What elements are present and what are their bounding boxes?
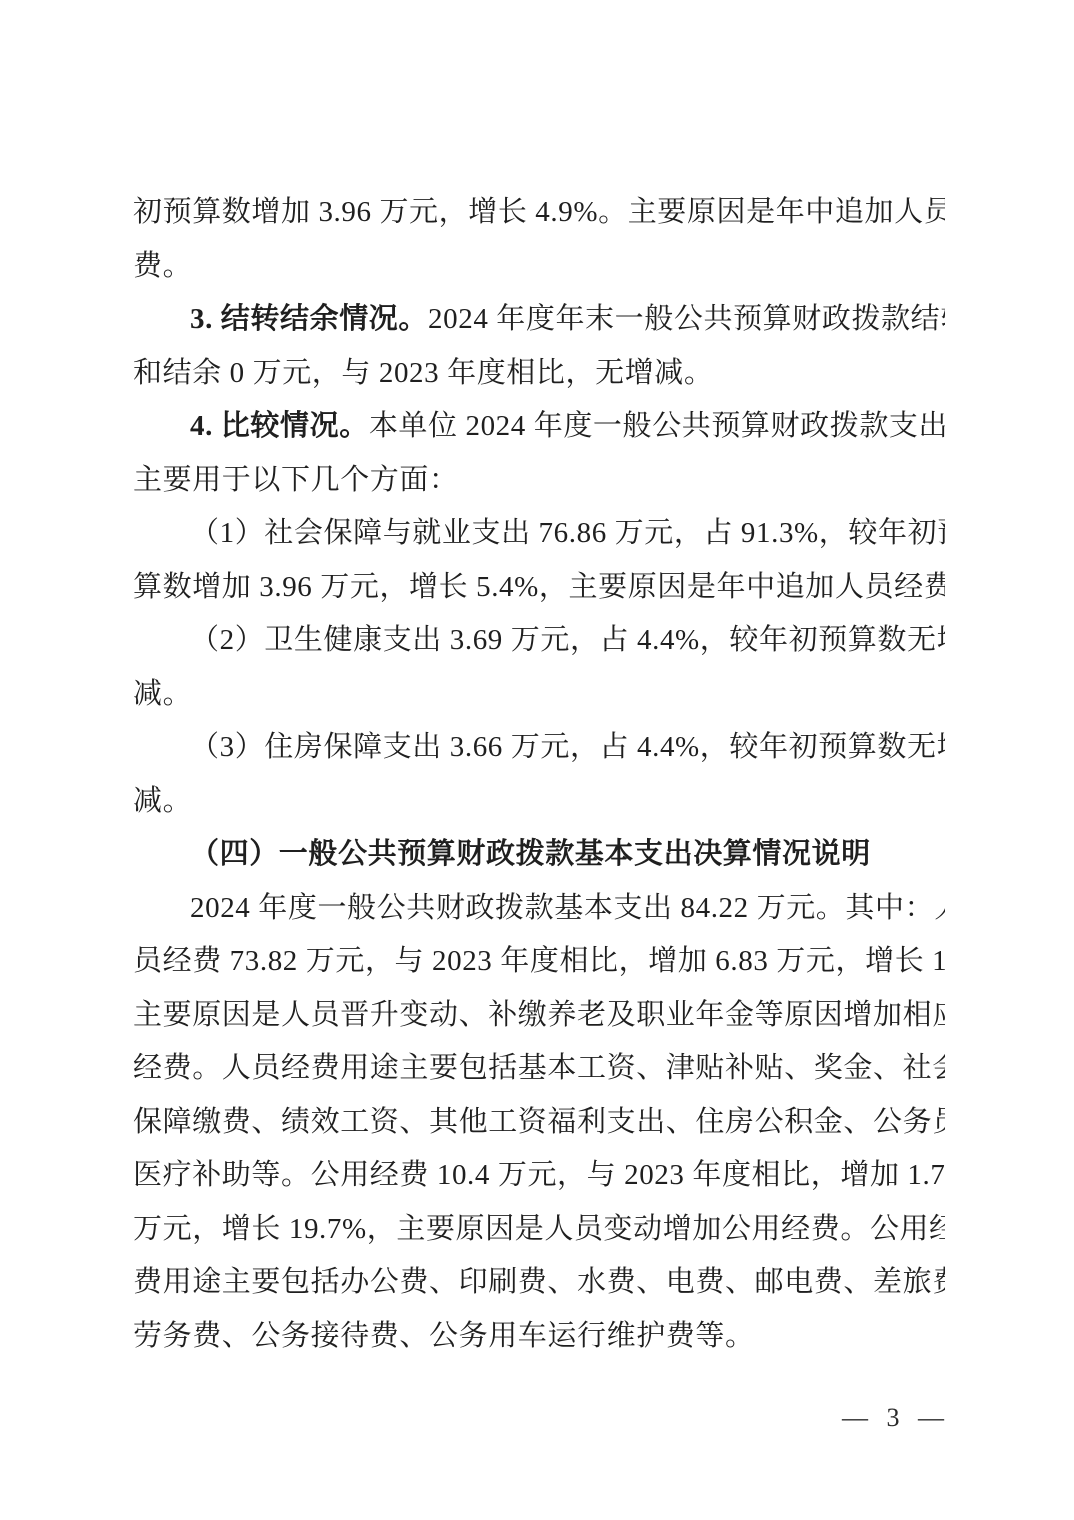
text-segment: （3）住房保障支出 3.66 万元，占 4.4%，较年初预算数无增 xyxy=(190,731,945,763)
text-line: 3. 结转结余情况。2024 年度年末一般公共预算财政拨款结转 xyxy=(133,293,945,347)
text-line: 4. 比较情况。本单位 2024 年度一般公共预算财政拨款支出 xyxy=(133,400,945,454)
text-line: （3）住房保障支出 3.66 万元，占 4.4%，较年初预算数无增 xyxy=(133,721,945,775)
text-line: 经费。人员经费用途主要包括基本工资、津贴补贴、奖金、社会 xyxy=(133,1042,945,1096)
text-line: 保障缴费、绩效工资、其他工资福利支出、住房公积金、公务员 xyxy=(133,1096,945,1150)
text-segment: 2024 年度一般公共财政拨款基本支出 84.22 万元。其中：人 xyxy=(190,892,945,924)
text-line: （四）一般公共预算财政拨款基本支出决算情况说明 xyxy=(133,828,945,882)
text-line: （1）社会保障与就业支出 76.86 万元，占 91.3%，较年初预 xyxy=(133,507,945,561)
text-segment: 算数增加 3.96 万元，增长 5.4%，主要原因是年中追加人员经费。 xyxy=(133,571,945,603)
page-number: — 3 — xyxy=(842,1401,945,1435)
text-segment: 和结余 0 万元，与 2023 年度相比，无增减。 xyxy=(133,357,714,389)
text-line: 减。 xyxy=(133,668,945,722)
text-segment: 劳务费、公务接待费、公务用车运行维护费等。 xyxy=(133,1320,755,1352)
document-body: 初预算数增加 3.96 万元，增长 4.9%。主要原因是年中追加人员经费。3. … xyxy=(133,186,945,1363)
text-segment: 医疗补助等。公用经费 10.4 万元，与 2023 年度相比，增加 1.71 xyxy=(133,1159,945,1191)
text-segment: 保障缴费、绩效工资、其他工资福利支出、住房公积金、公务员 xyxy=(133,1106,945,1138)
text-segment: （2）卫生健康支出 3.69 万元，占 4.4%，较年初预算数无增 xyxy=(190,624,945,656)
text-segment: 本单位 2024 年度一般公共预算财政拨款支出 xyxy=(369,410,945,442)
text-line: 费。 xyxy=(133,240,945,294)
text-segment: 费。 xyxy=(133,250,192,282)
text-segment: 经费。人员经费用途主要包括基本工资、津贴补贴、奖金、社会 xyxy=(133,1052,945,1084)
text-segment: 员经费 73.82 万元，与 2023 年度相比，增加 6.83 万元，增长 1… xyxy=(133,945,945,977)
text-line: 劳务费、公务接待费、公务用车运行维护费等。 xyxy=(133,1310,945,1364)
document-page: 初预算数增加 3.96 万元，增长 4.9%。主要原因是年中追加人员经费。3. … xyxy=(0,0,1074,1520)
text-line: （2）卫生健康支出 3.69 万元，占 4.4%，较年初预算数无增 xyxy=(133,614,945,668)
text-segment: 万元，增长 19.7%，主要原因是人员变动增加公用经费。公用经 xyxy=(133,1213,945,1245)
text-line: 主要用于以下几个方面： xyxy=(133,454,945,508)
heading-segment: 3. 结转结余情况。 xyxy=(190,303,428,335)
text-segment: 2024 年度年末一般公共预算财政拨款结转 xyxy=(428,303,945,335)
heading-segment: （四）一般公共预算财政拨款基本支出决算情况说明 xyxy=(190,838,871,870)
text-line: 医疗补助等。公用经费 10.4 万元，与 2023 年度相比，增加 1.71 xyxy=(133,1149,945,1203)
text-line: 员经费 73.82 万元，与 2023 年度相比，增加 6.83 万元，增长 1… xyxy=(133,935,945,989)
text-segment: 减。 xyxy=(133,785,192,817)
text-segment: （1）社会保障与就业支出 76.86 万元，占 91.3%，较年初预 xyxy=(190,517,945,549)
text-segment: 费用途主要包括办公费、印刷费、水费、电费、邮电费、差旅费、 xyxy=(133,1266,945,1298)
text-line: 2024 年度一般公共财政拨款基本支出 84.22 万元。其中：人 xyxy=(133,882,945,936)
text-line: 初预算数增加 3.96 万元，增长 4.9%。主要原因是年中追加人员经 xyxy=(133,186,945,240)
text-line: 费用途主要包括办公费、印刷费、水费、电费、邮电费、差旅费、 xyxy=(133,1256,945,1310)
text-line: 和结余 0 万元，与 2023 年度相比，无增减。 xyxy=(133,347,945,401)
text-line: 算数增加 3.96 万元，增长 5.4%，主要原因是年中追加人员经费。 xyxy=(133,561,945,615)
text-segment: 初预算数增加 3.96 万元，增长 4.9%。主要原因是年中追加人员经 xyxy=(133,196,945,228)
text-segment: 减。 xyxy=(133,678,192,710)
text-line: 减。 xyxy=(133,775,945,829)
heading-segment: 4. 比较情况。 xyxy=(190,410,369,442)
text-segment: 主要原因是人员晋升变动、补缴养老及职业年金等原因增加相应 xyxy=(133,999,945,1031)
text-segment: 主要用于以下几个方面： xyxy=(133,464,459,496)
text-line: 主要原因是人员晋升变动、补缴养老及职业年金等原因增加相应 xyxy=(133,989,945,1043)
text-line: 万元，增长 19.7%，主要原因是人员变动增加公用经费。公用经 xyxy=(133,1203,945,1257)
